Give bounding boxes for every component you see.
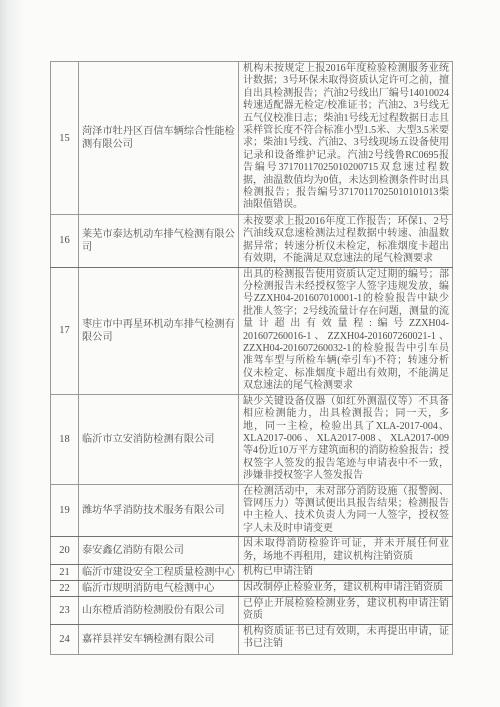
table-row: 16 莱芜市泰达机动车排气检测有限公司 未按要求上报2016年度工作报告；环保1… <box>51 215 453 268</box>
findings-cell: 机构未按规定上报2016年度检验检测服务业统计数据；3号环保未取得资质认定许可之… <box>239 62 453 215</box>
row-number-cell: 19 <box>51 484 79 537</box>
table-body: 15 菏泽市牡丹区百信车辆综合性能检测有限公司 机构未按规定上报2016年度检验… <box>51 62 453 655</box>
row-number-cell: 22 <box>51 580 79 596</box>
findings-cell: 因改制停止检验业务，建议机构申请注销资质 <box>239 580 453 596</box>
table-row: 15 菏泽市牡丹区百信车辆综合性能检测有限公司 机构未按规定上报2016年度检验… <box>51 62 453 215</box>
row-number-cell: 20 <box>51 537 79 565</box>
page-left-edge-shadow <box>0 0 24 707</box>
table-row: 19 潍坊华孚消防技术服务有限公司 在检测活动中，未对部分消防设施（报警阀、管网… <box>51 484 453 537</box>
company-name-cell: 临沂市建设安全工程质量检测中心 <box>79 564 239 580</box>
findings-cell: 在检测活动中，未对部分消防设施（报警阀、管网压力）等测试便出具报告结果；检测报告… <box>239 484 453 537</box>
table-row: 21 临沂市建设安全工程质量检测中心 机构已申请注销 <box>51 564 453 580</box>
row-number-cell: 16 <box>51 215 79 268</box>
company-name-cell: 菏泽市牡丹区百信车辆综合性能检测有限公司 <box>79 62 239 215</box>
row-number-cell: 18 <box>51 394 79 484</box>
findings-cell: 因未取得消防检验许可证，并未开展任何业务，场地不再租用，建议机构注销资质 <box>239 537 453 565</box>
company-name-cell: 嘉祥县祥安车辆检测有限公司 <box>79 624 239 654</box>
findings-cell: 机构已申请注销 <box>239 564 453 580</box>
table-row: 18 临沂市立安消防检测有限公司 缺少关键设备仪器（如红外测温仪等）不具备相应检… <box>51 394 453 484</box>
findings-cell: 已停止开展检验检测业务，建议机构申请注销资质 <box>239 596 453 624</box>
table-row: 22 临沂市规明消防电气检测中心 因改制停止检验业务，建议机构申请注销资质 <box>51 580 453 596</box>
company-name-cell: 莱芜市泰达机动车排气检测有限公司 <box>79 215 239 268</box>
company-name-cell: 泰安鑫亿消防有限公司 <box>79 537 239 565</box>
company-name-cell: 临沂市规明消防电气检测中心 <box>79 580 239 596</box>
table-row: 20 泰安鑫亿消防有限公司 因未取得消防检验许可证，并未开展任何业务，场地不再租… <box>51 537 453 565</box>
company-name-cell: 潍坊华孚消防技术服务有限公司 <box>79 484 239 537</box>
company-name-cell: 临沂市立安消防检测有限公司 <box>79 394 239 484</box>
company-name-cell: 枣庄市中再星环机动车排气检测有限公司 <box>79 267 239 394</box>
row-number-cell: 17 <box>51 267 79 394</box>
table-row: 23 山东橙盾消防检测股份有限公司 已停止开展检验检测业务，建议机构申请注销资质 <box>51 596 453 624</box>
findings-cell: 未按要求上报2016年度工作报告；环保1、2号汽油线双怠速检测法过程数据中转速、… <box>239 215 453 268</box>
company-name-cell: 山东橙盾消防检测股份有限公司 <box>79 596 239 624</box>
findings-cell: 机构资质证书已过有效期，未再提出申请，证书已注销 <box>239 624 453 654</box>
inspection-results-table: 15 菏泽市牡丹区百信车辆综合性能检测有限公司 机构未按规定上报2016年度检验… <box>50 61 453 655</box>
table-row: 17 枣庄市中再星环机动车排气检测有限公司 出具的检测报告使用资质认定过期的编号… <box>51 267 453 394</box>
row-number-cell: 24 <box>51 624 79 654</box>
findings-cell: 出具的检测报告使用资质认定过期的编号；部分检测报告未经授权签字人签字违规发放，编… <box>239 267 453 394</box>
table-row: 24 嘉祥县祥安车辆检测有限公司 机构资质证书已过有效期，未再提出申请，证书已注… <box>51 624 453 654</box>
row-number-cell: 23 <box>51 596 79 624</box>
document-page: 15 菏泽市牡丹区百信车辆综合性能检测有限公司 机构未按规定上报2016年度检验… <box>50 61 453 655</box>
row-number-cell: 15 <box>51 62 79 215</box>
findings-cell: 缺少关键设备仪器（如红外测温仪等）不具备相应检测能力，出具检测报告；同一天，多地… <box>239 394 453 484</box>
row-number-cell: 21 <box>51 564 79 580</box>
